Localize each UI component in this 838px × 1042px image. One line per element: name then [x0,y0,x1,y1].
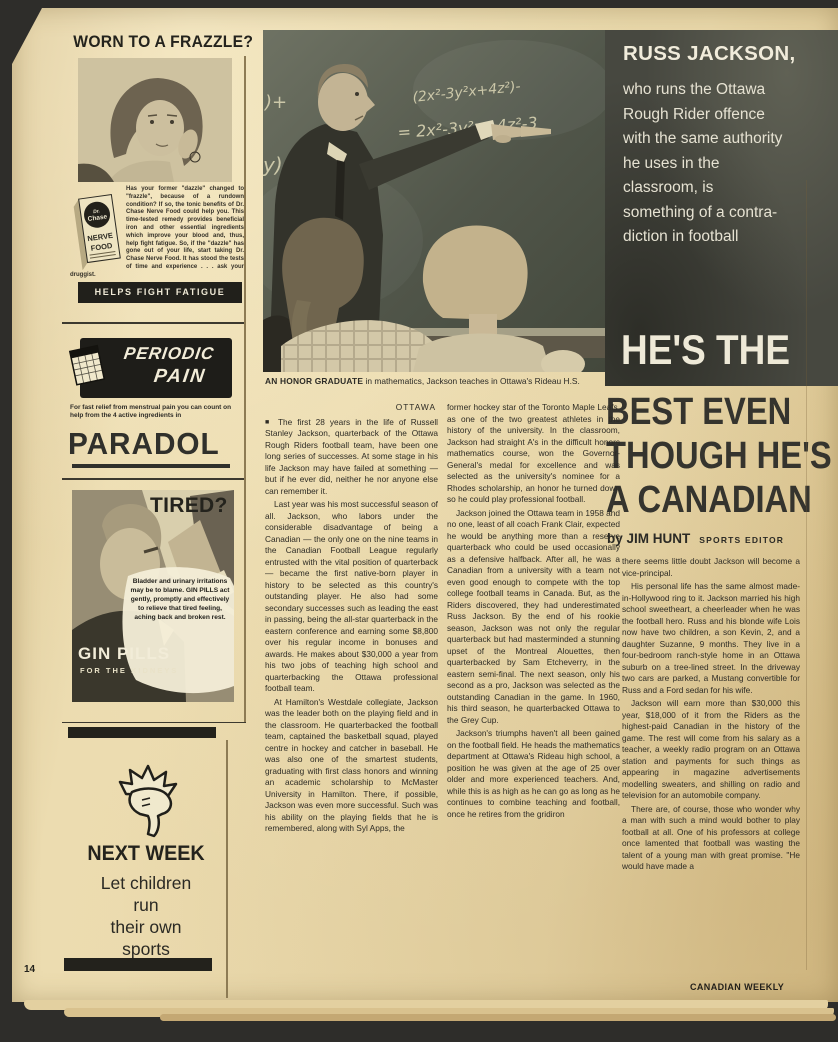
article-paragraph: Jackson's triumphs haven't all been gain… [447,728,620,820]
deck-line: something of a contra- [623,201,782,226]
byline: by JIM HUNTSPORTS EDITOR [607,530,784,548]
hero-kicker-name: RUSS JACKSON, [623,42,795,66]
paragraph-text: The first 28 years in the life of Russel… [265,417,438,496]
title-line: THOUGH HE'S [606,434,832,478]
caption-rest: in mathematics, Jackson teaches in Ottaw… [363,376,580,386]
ad-paradol-logo-line1: PERIODIC [123,344,216,364]
article-column-2: former hockey star of the Toronto Maple … [447,402,620,968]
ad-ginpills-body: Bladder and urinary irritations may be t… [130,578,230,622]
ad-frazzle-banner: HELPS FIGHT FATIGUE [78,282,242,303]
page-crease [806,180,807,970]
chalk-fragment: y) [263,153,283,177]
chalk-fragment: )+ [263,92,287,113]
title-line: A CANADIAN [606,478,832,522]
article-paragraph: His personal life has the same almost ma… [622,581,800,696]
hero-block: RUSS JACKSON, who runs the Ottawa Rough … [605,30,838,386]
hero-title-dark: BEST EVEN THOUGH HE'S A CANADIAN [606,390,838,522]
paragraph-square-marker: ■ [265,419,272,426]
byline-role: SPORTS EDITOR [699,535,784,545]
article-paragraph: there seems little doubt Jackson will be… [622,556,800,579]
ad-frazzle-body: Dr. Chase NERVE FOOD Has your former "da… [70,186,244,280]
article-paragraph: Jackson will earn more than $30,000 this… [622,698,800,802]
hero-deck: who runs the Ottawa Rough Rider offence … [623,78,782,250]
ad-paradol-underline [72,464,230,468]
ad-frazzle-headline: WORN TO A FRAZZLE? [73,32,240,52]
sidebar-rule [62,722,246,723]
teaser-line: run [58,894,234,916]
sidebar-black-bar [68,727,216,738]
calendar-icon [68,342,108,388]
article-paragraph: former hockey star of the Toronto Maple … [447,402,620,506]
teaser-line: their own [58,916,234,938]
photo-caption: AN HONOR GRADUATE in mathematics, Jackso… [265,376,603,386]
sidebar-rule [62,322,246,324]
article-column-1: OTTAWA ■The first 28 years in the life o… [265,402,438,968]
sidebar-rule [62,478,246,480]
next-week-label: NEXT WEEK [71,842,221,866]
dateline: OTTAWA [265,402,436,414]
ad-ginpills-brand: GIN PILLS [78,644,170,664]
nerve-food-package: Dr. Chase NERVE FOOD [70,188,122,270]
magazine-page-scan: WORN TO A FRAZZLE? Dr. Chase NERVE FOOD [0,0,838,1042]
hero-title-line-white: HE'S THE [621,326,790,374]
deck-line: classroom, is [623,176,782,201]
column-divider [244,56,246,722]
ad-paradol-brand: PARADOL [68,426,237,462]
classroom-photo: (2x²-3y²x+4z²)- = 2x²-3y²x+4z²-3 )+ y) [263,30,605,372]
sidebar-black-bar [64,958,212,971]
ad-ginpills-headline: TIRED? [150,494,228,518]
caption-lead: AN HONOR GRADUATE [265,376,363,386]
page-number: 14 [24,964,35,975]
pointing-hand-icon [112,760,184,840]
article-paragraph: ■The first 28 years in the life of Russe… [265,417,438,498]
woman-face [136,100,184,156]
boy-hair [423,225,528,320]
deck-line: diction in football [623,225,782,250]
head [318,73,368,131]
magazine-name: CANADIAN WEEKLY [690,982,784,992]
column-divider [226,740,228,998]
ad-frazzle-photo [78,58,232,182]
page-stack-edge [160,1014,836,1021]
article-paragraph: Last year was his most successful season… [265,499,438,695]
teaser-line: sports [58,938,234,960]
ad-paradol-logo-box: PERIODIC PAIN [80,338,232,398]
deck-line: Rough Rider offence [623,103,782,128]
deck-line: who runs the Ottawa [623,78,782,103]
ad-paradol-body: For fast relief from menstrual pain you … [70,404,242,421]
teaser-line: Let children [58,872,234,894]
article-paragraph: At Hamilton's Westdale collegiate, Jacks… [265,697,438,835]
pointing-finger [130,789,171,836]
article-paragraph: There are, of course, those who wonder w… [622,804,800,873]
title-line: BEST EVEN [606,390,832,434]
ad-ginpills-sub: FOR THE KIDNEYS [80,666,178,675]
deck-line: he uses in the [623,152,782,177]
deck-line: with the same authority [623,127,782,152]
ad-paradol-logo-line2: PAIN [152,366,207,388]
article-column-3: there seems little doubt Jackson will be… [622,556,800,960]
next-week-teaser: Let children run their own sports [58,872,234,960]
article-paragraph: Jackson joined the Ottawa team in 1958 a… [447,508,620,727]
